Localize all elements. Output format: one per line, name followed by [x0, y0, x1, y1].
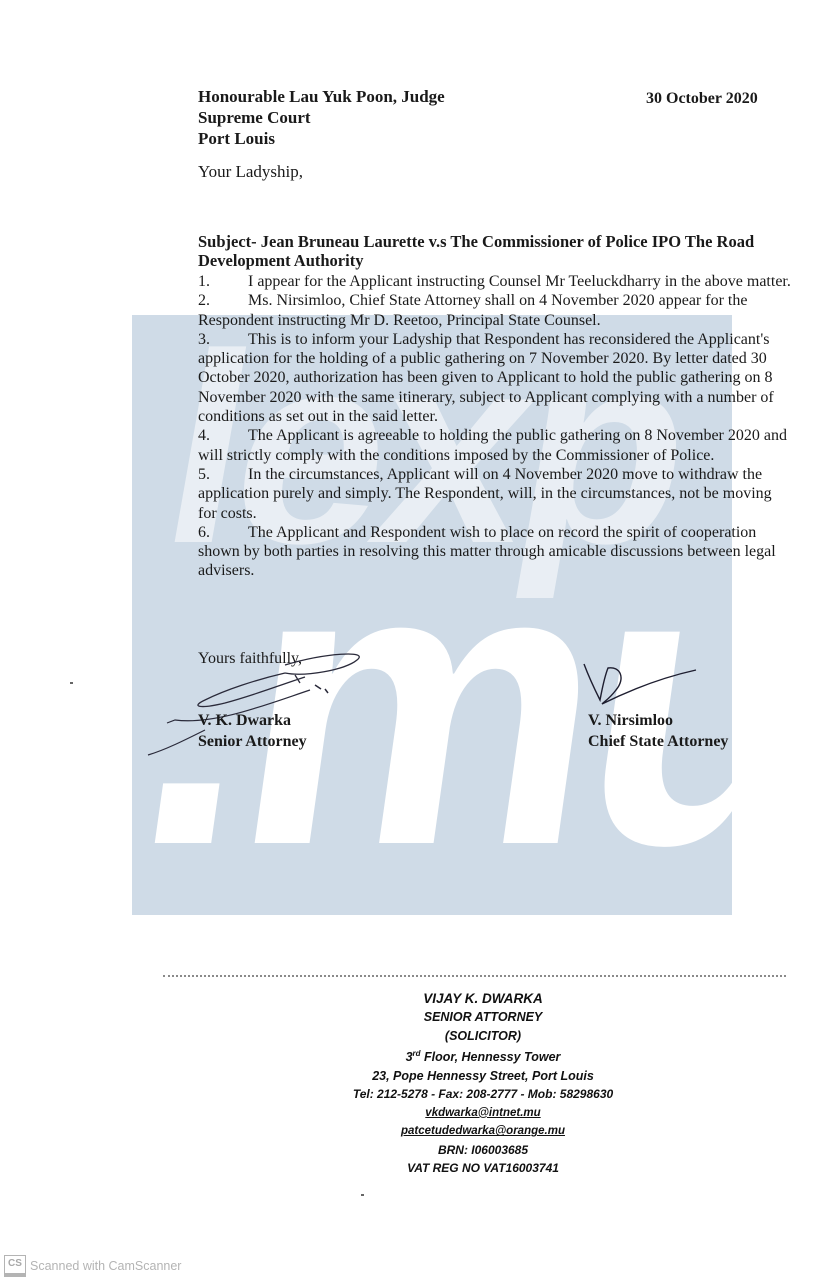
signatory-dwarka: V. K. Dwarka Senior Attorney: [198, 710, 307, 752]
letter-body: 1.I appear for the Applicant instructing…: [198, 272, 794, 581]
signatory-name: V. K. Dwarka: [198, 710, 307, 731]
paragraph-number: 2.: [198, 291, 248, 310]
scanner-badge: CS Scanned with CamScanner: [4, 1255, 181, 1277]
signatory-nirsimloo: V. Nirsimloo Chief State Attorney: [588, 710, 728, 752]
scan-speck: [70, 682, 73, 684]
paragraph-text: I appear for the Applicant instructing C…: [248, 273, 791, 290]
letterhead-vat: VAT REG NO VAT16003741: [318, 1159, 648, 1178]
letterhead-name: VIJAY K. DWARKA: [318, 989, 648, 1008]
camscanner-logo-icon: CS: [4, 1255, 26, 1277]
scanner-label: Scanned with CamScanner: [30, 1259, 181, 1273]
paragraph-number: 1.: [198, 272, 248, 291]
letterhead-divider: [163, 975, 786, 977]
recipient-line: Port Louis: [198, 128, 445, 149]
paragraph: 1.I appear for the Applicant instructing…: [198, 272, 794, 291]
paragraph: 6.The Applicant and Respondent wish to p…: [198, 523, 794, 581]
paragraph-text: The Applicant and Respondent wish to pla…: [198, 524, 776, 580]
signatory-name: V. Nirsimloo: [588, 710, 728, 731]
email-link-2[interactable]: patcetudedwarka@orange.mu: [318, 1122, 648, 1141]
paragraph: 5.In the circumstances, Applicant will o…: [198, 465, 794, 523]
scan-speck: [361, 1194, 364, 1196]
letterhead-street: 23, Pope Hennessy Street, Port Louis: [318, 1067, 648, 1086]
signatory-title: Senior Attorney: [198, 731, 307, 752]
paragraph-text: This is to inform your Ladyship that Res…: [198, 331, 774, 425]
letterhead-role: (SOLICITOR): [318, 1027, 648, 1046]
paragraph-text: Ms. Nirsimloo, Chief State Attorney shal…: [198, 292, 747, 328]
letter-date: 30 October 2020: [646, 90, 758, 108]
paragraph-text: In the circumstances, Applicant will on …: [198, 466, 772, 522]
letterhead-footer: VIJAY K. DWARKA SENIOR ATTORNEY (SOLICIT…: [318, 989, 648, 1178]
paragraph: 3.This is to inform your Ladyship that R…: [198, 330, 794, 426]
salutation: Your Ladyship,: [198, 162, 303, 182]
paragraph-number: 6.: [198, 523, 248, 542]
letterhead-floor: 3rd Floor, Hennessy Tower: [318, 1045, 648, 1067]
paragraph-text: The Applicant is agreeable to holding th…: [198, 427, 787, 463]
recipient-address: Honourable Lau Yuk Poon, Judge Supreme C…: [198, 86, 445, 149]
signature-nirsimloo-icon: [580, 660, 700, 710]
letterhead-title: SENIOR ATTORNEY: [318, 1008, 648, 1027]
recipient-line: Supreme Court: [198, 107, 445, 128]
recipient-line: Honourable Lau Yuk Poon, Judge: [198, 86, 445, 107]
paragraph: 2.Ms. Nirsimloo, Chief State Attorney sh…: [198, 291, 794, 330]
signatory-title: Chief State Attorney: [588, 731, 728, 752]
paragraph-number: 3.: [198, 330, 248, 349]
email-link-1[interactable]: vkdwarka@intnet.mu: [318, 1104, 648, 1123]
letterhead-brn: BRN: I06003685: [318, 1141, 648, 1160]
paragraph: 4.The Applicant is agreeable to holding …: [198, 426, 794, 465]
paragraph-number: 5.: [198, 465, 248, 484]
paragraph-number: 4.: [198, 426, 248, 445]
letterhead-phones: Tel: 212-5278 - Fax: 208-2777 - Mob: 582…: [318, 1085, 648, 1104]
subject-line: Subject- Jean Bruneau Laurette v.s The C…: [198, 232, 783, 270]
